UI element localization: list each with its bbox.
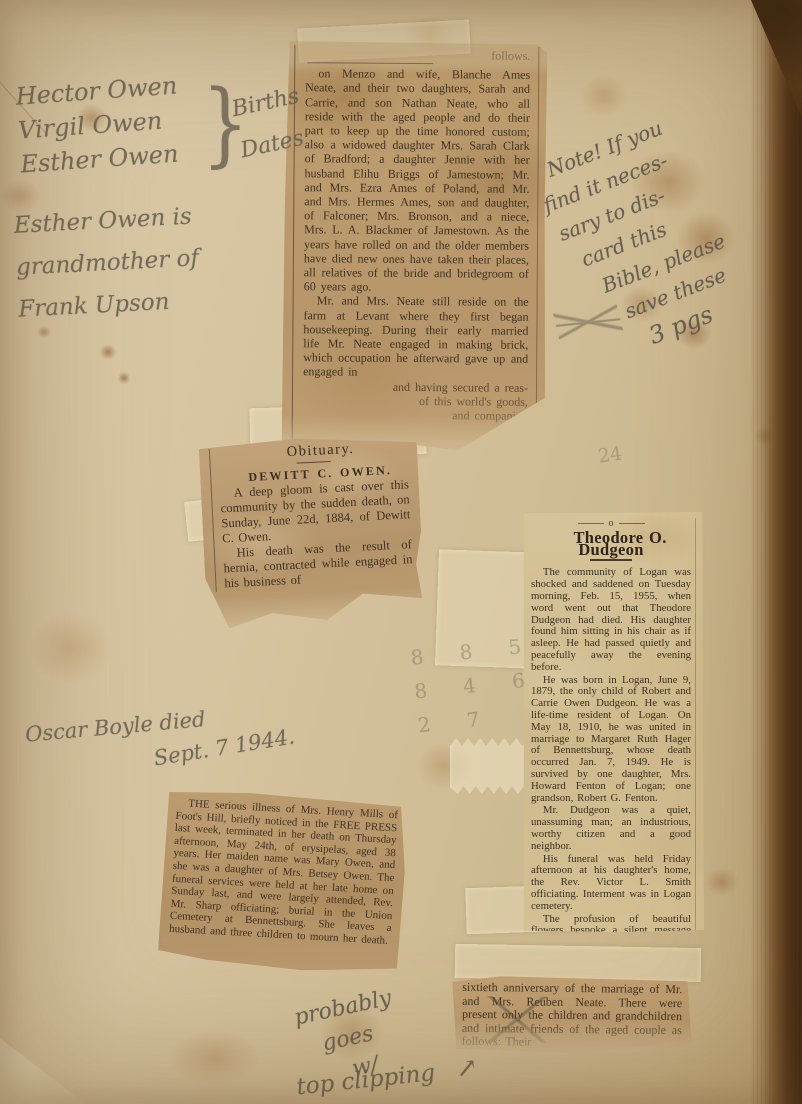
obituary-title: Theodore O. Dudgeon <box>531 532 691 556</box>
handwriting-family-names: Hector Owen Virgil Owen Esther Owen <box>15 68 183 181</box>
clipping-paragraph: THE serious illness of Mrs. Henry Mills … <box>169 797 398 948</box>
newsprint-column: Obituary. DEWITT C. OWEN. A deep gloom i… <box>209 439 414 592</box>
clipping-paragraph: Mr. Dudgeon was a quiet, unassuming man;… <box>531 805 691 852</box>
clipping-paragraph: The profusion of beautiful flowers bespo… <box>531 914 691 933</box>
clipping-neate-family: follows. on Menzo and wife, Blanche Ames… <box>282 41 548 451</box>
torn-text-fragment: and companion <box>303 407 528 423</box>
header-rule <box>296 461 330 464</box>
clipping-paragraph: A deep gloom is cast over this community… <box>220 477 412 546</box>
title-rule <box>590 559 632 561</box>
clipping-paragraph: on Menzo and wife, Blanche Ames Neate, a… <box>304 66 531 295</box>
tape-remnant <box>455 944 702 982</box>
column-rule <box>307 62 433 64</box>
scrapbook-page-scan: follows. on Menzo and wife, Blanche Ames… <box>0 0 802 1104</box>
arrow-up-right-icon: ↗ <box>454 1053 479 1085</box>
clipping-fade <box>206 587 425 632</box>
page-corner-fold <box>0 1024 86 1104</box>
pencil-number: 24 <box>597 442 624 467</box>
torn-text-fragment: of this world's goods, <box>303 393 528 409</box>
obituary-header: Obituary. <box>218 439 408 463</box>
handwriting-grandmother-note: Esther Owen is grandmother of Frank Upso… <box>13 195 202 330</box>
clipping-faded-line: follows. <box>305 47 530 63</box>
clipping-neate-anniversary: sixtieth anniversary of the marriage of … <box>452 976 693 1055</box>
book-cover-edge <box>750 0 802 1104</box>
clipping-dudgeon-obituary: o Theodore O. Dudgeon The community of L… <box>522 512 704 932</box>
clipping-paragraph: sixtieth anniversary of the marriage of … <box>462 981 683 1051</box>
handwriting-oscar-note: Oscar Boyle died Sept. 7 1944. <box>24 696 296 779</box>
clipping-paragraph: The community of Logan was shocked and s… <box>531 567 691 673</box>
torn-text-fragment: and having secured a reas- <box>303 379 528 395</box>
newsprint-column: o Theodore O. Dudgeon The community of L… <box>531 518 696 932</box>
clipping-paragraph: Mr. and Mrs. Neate still reside on the f… <box>303 294 529 381</box>
clipping-mills-death: THE serious illness of Mrs. Henry Mills … <box>157 788 408 975</box>
newsprint-column: follows. on Menzo and wife, Blanche Ames… <box>292 45 540 445</box>
clipping-paragraph: He was born in Logan, June 9, 1879, the … <box>531 675 691 805</box>
clipping-paragraph: His death was the result of hernia, cont… <box>223 537 414 591</box>
clipping-paragraph: His funeral was held Friday afternoon at… <box>531 854 691 913</box>
tape-remnant-serrated <box>450 738 536 794</box>
clipping-owen-obituary: Obituary. DEWITT C. OWEN. A deep gloom i… <box>199 433 426 631</box>
pencil-arithmetic: 8 8 5 8 4 6 2 7 <box>409 628 545 743</box>
handwritten-line: Frank Upson <box>17 279 202 331</box>
